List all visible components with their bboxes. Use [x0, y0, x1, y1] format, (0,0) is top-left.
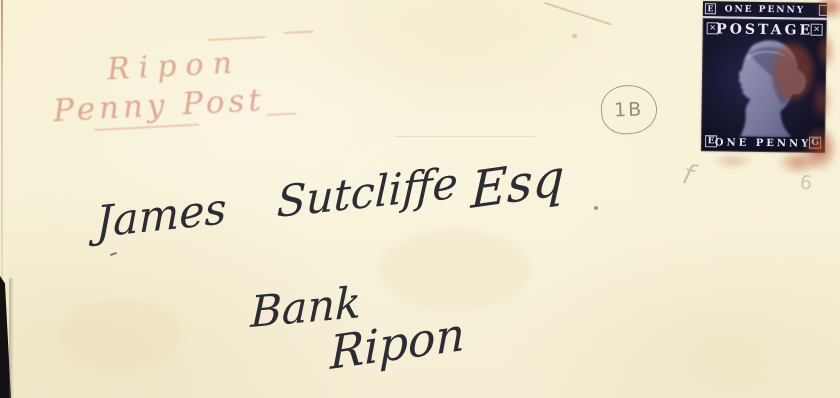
- left-edge-crease: [1, 0, 3, 280]
- red-speck: [572, 34, 577, 38]
- handstamp-rule-bottom: [267, 112, 297, 116]
- handstamp-town: Ripon: [106, 45, 241, 87]
- handstamp-service: Penny Post: [52, 82, 265, 129]
- fold-scratch: [395, 136, 535, 137]
- ripon-penny-post-handstamp: Ripon Penny Post: [48, 29, 333, 140]
- edge-shadow: [9, 278, 14, 398]
- pencil-circle-text: 1B: [614, 98, 644, 121]
- queen-victoria-portrait: [710, 36, 819, 137]
- ink-speck: [594, 206, 598, 210]
- handstamp-rule-top: [283, 30, 313, 34]
- paper-stain: [60, 300, 180, 370]
- cancel-ink-blob: [768, 144, 830, 180]
- cancel-ink-blob: [704, 150, 762, 172]
- cover-photo: Ripon Penny Post James Sutcliffe Esq Ban…: [0, 0, 840, 398]
- paper-stain: [380, 230, 530, 310]
- handstamp-rule-top: [208, 36, 266, 41]
